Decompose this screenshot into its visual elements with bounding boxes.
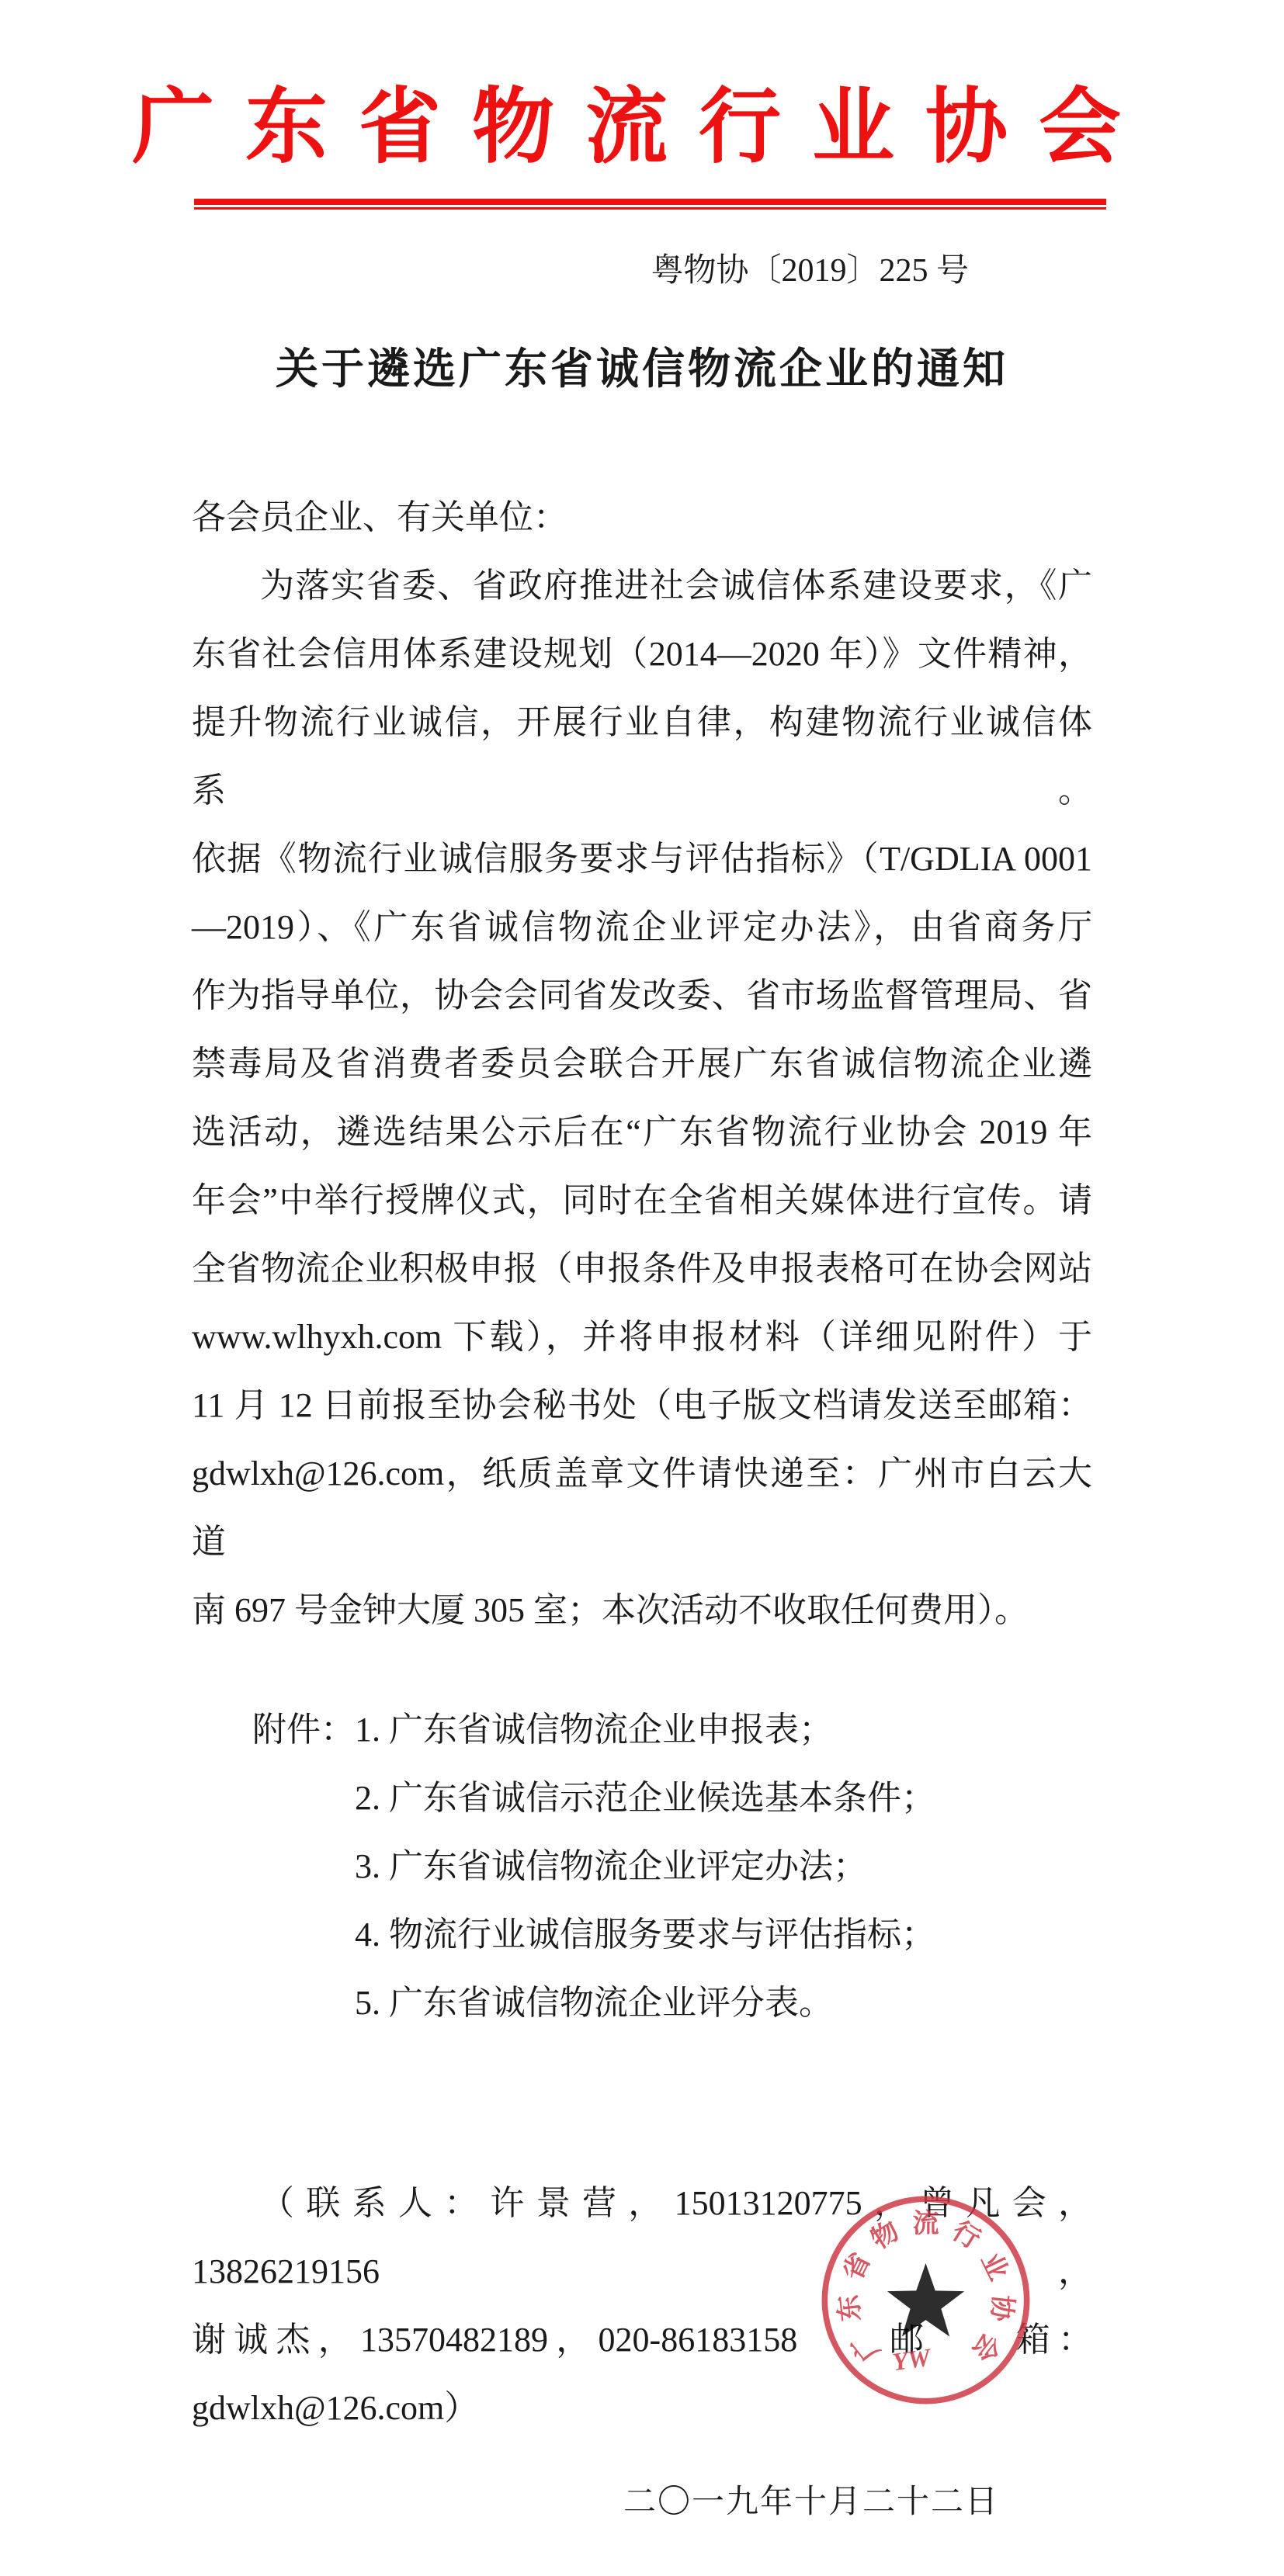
- seal-arc-char: 广: [845, 2328, 885, 2366]
- body-line: 依据《物流行业诚信服务要求与评估指标》（T/GDLIA 0001: [192, 825, 1092, 893]
- attachment-item: 1. 广东省诚信物流企业申报表；: [355, 1711, 833, 1749]
- seal-bottom-mark: YW: [890, 2342, 933, 2376]
- seal-star-icon: [887, 2263, 964, 2337]
- body-line: 年会”中举行授牌仪式，同时在全省相关媒体进行宣传。请: [192, 1167, 1092, 1235]
- document-title: 关于遴选广东省诚信物流企业的通知: [0, 348, 1284, 390]
- body-line: 作为指导单位，协会会同省发改委、省市场监督管理局、省: [192, 962, 1092, 1030]
- seal-arc-char: 协: [985, 2293, 1018, 2325]
- official-red-seal: 广 东 省 物 流 行 业 协 会 YW: [815, 2189, 1036, 2411]
- body-line: 禁毒局及省消费者委员会联合开展广东省诚信物流企业遴: [192, 1030, 1092, 1098]
- seal-arc-char: 行: [947, 2216, 985, 2255]
- attachment-line: 附件：1. 广东省诚信物流企业申报表；: [192, 1696, 1092, 1764]
- body-line: 提升物流行业诚信，开展行业自律，构建物流行业诚信体系。: [192, 688, 1092, 825]
- seal-arc-char: 物: [866, 2216, 904, 2255]
- attachments-list: 附件：1. 广东省诚信物流企业申报表； 2. 广东省诚信示范企业候选基本条件； …: [0, 1696, 1284, 2037]
- body-line: 东省社会信用体系建设规划（2014—2020 年）》文件精神，: [192, 620, 1092, 688]
- seal-arc-char: 流: [912, 2209, 939, 2238]
- body-line: 南 697 号金钟大厦 305 室；本次活动不收取任何费用）。: [192, 1576, 1092, 1645]
- red-divider-thin-bar: [194, 207, 1106, 210]
- body-line: 11 月 12 日前报至协会秘书处（电子版文档请发送至邮箱：: [192, 1371, 1092, 1440]
- attachments-label: 附件：: [252, 1711, 355, 1749]
- red-divider-thick-bar: [194, 199, 1106, 205]
- seal-arc-char: 业: [975, 2248, 1012, 2285]
- body-line: 全省物流企业积极申报（申报条件及申报表格可在协会网站: [192, 1235, 1092, 1303]
- official-notice-page: 广东省物流行业协会 粤物协〔2019〕225 号 关于遴选广东省诚信物流企业的通…: [0, 0, 1284, 2576]
- attachment-item: 3. 广东省诚信物流企业评定办法；: [192, 1832, 1092, 1901]
- seal-arc-char: 会: [966, 2328, 1006, 2366]
- issue-date: 二〇一九年十月二十二日: [0, 2468, 1284, 2536]
- attachment-item: 2. 广东省诚信示范企业候选基本条件；: [192, 1764, 1092, 1832]
- red-divider-line: [194, 199, 1106, 210]
- body-line: www.wlhyxh.com 下载），并将申报材料（详细见附件）于: [192, 1303, 1092, 1371]
- body-line: gdwlxh@126.com，纸质盖章文件请快递至：广州市白云大道: [192, 1440, 1092, 1576]
- body-line: —2019）、《广东省诚信物流企业评定办法》，由省商务厅: [192, 893, 1092, 962]
- attachment-item: 4. 物流行业诚信服务要求与评估指标；: [192, 1901, 1092, 1969]
- attachment-item: 5. 广东省诚信物流企业评分表。: [192, 1969, 1092, 2037]
- seal-arc-char: 省: [838, 2248, 876, 2285]
- body-text: 各会员企业、有关单位： 为落实省委、省政府推进社会诚信体系建设要求，《广 东省社…: [0, 484, 1284, 1645]
- body-line: 选活动，遴选结果公示后在“广东省物流行业协会 2019 年: [192, 1098, 1092, 1167]
- seal-arc-char: 东: [834, 2293, 866, 2323]
- document-number: 粤物协〔2019〕225 号: [0, 255, 1284, 287]
- letterhead-association-name: 广东省物流行业协会: [0, 0, 1284, 169]
- contact-info: （联系人：许景营，15013120775，曾凡会，13826219156， 谢诚…: [0, 2169, 1284, 2443]
- body-line: 为落实省委、省政府推进社会诚信体系建设要求，《广: [192, 552, 1092, 620]
- salutation-line: 各会员企业、有关单位：: [192, 484, 1092, 552]
